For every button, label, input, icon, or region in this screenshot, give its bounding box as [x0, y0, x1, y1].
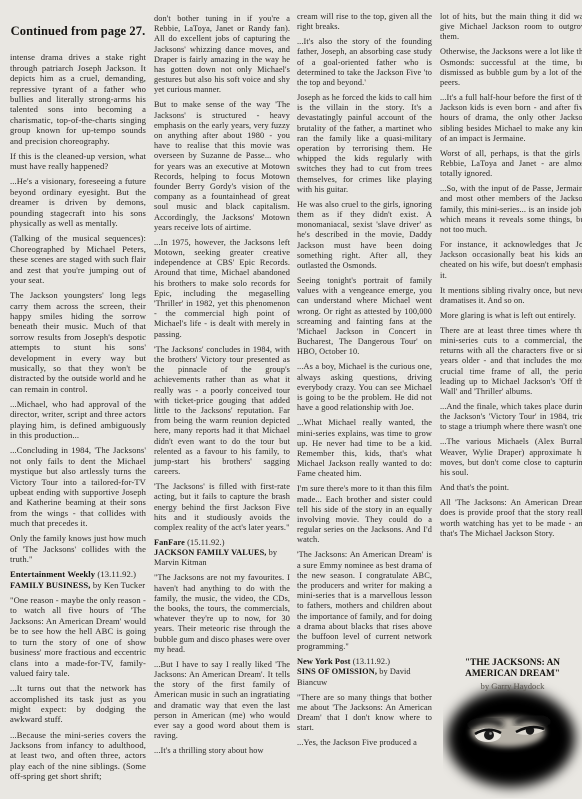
article-paragraph: Seeing tonight's portrait of family valu… [297, 276, 432, 358]
scanned-magazine-page: Continued from page 27. intense drama dr… [0, 0, 582, 799]
article-paragraph: lot of hits, but the main thing it did w… [440, 12, 582, 43]
publication-header: New York Post (13.11.92.) [297, 657, 432, 667]
publication-date: (13.11.92.) [353, 657, 390, 666]
publication-date: (15.11.92.) [187, 538, 224, 547]
article-paragraph: If this is the cleaned-up version, what … [10, 151, 146, 172]
article-paragraph: ...Yes, the Jackson Five produced a [297, 738, 432, 748]
article-paragraph: ...So, with the input of de Passe, Jerma… [440, 184, 582, 235]
article-paragraph: ...Concluding in 1984, 'The Jacksons' no… [10, 445, 146, 528]
article-paragraph: (Talking of the musical sequences): Chor… [10, 233, 146, 285]
headline-text: SINS OF OMISSION, [297, 667, 377, 676]
column-3: cream will rise to the top, given all th… [297, 12, 432, 753]
article-paragraph: I'm sure there's more to it than this fi… [297, 484, 432, 545]
article-headline: FAMILY BUSINESS, by Ken Tucker [10, 580, 146, 590]
article-paragraph: intense drama drives a stake right throu… [10, 52, 146, 146]
article-paragraph: ...As a boy, Michael is the curious one,… [297, 362, 432, 413]
article-headline: JACKSON FAMILY VALUES, by Marvin Kitman [154, 548, 290, 568]
publication-header: Entertainment Weekly (13.11.92.) [10, 569, 146, 579]
article-paragraph: cream will rise to the top, given all th… [297, 12, 432, 32]
michael-jackson-eyes-image [443, 676, 582, 798]
article-paragraph: All 'The Jacksons: An American Dream' do… [440, 498, 582, 539]
article-paragraph: For instance, it acknowledges that Joe J… [440, 240, 582, 281]
article-paragraph: ...The various Michaels (Alex Burrall, W… [440, 437, 582, 478]
article-paragraph: It mentions sibling rivalry once, but ne… [440, 286, 582, 306]
article-paragraph: ...It turns out that the network has acc… [10, 683, 146, 725]
continued-from-header: Continued from page 27. [10, 26, 146, 36]
photo-caption-line1: "THE JACKSONS: AN [443, 658, 582, 669]
article-paragraph: ...Because the mini-series covers the Ja… [10, 730, 146, 782]
publication-name: Entertainment Weekly [10, 569, 95, 579]
publication-header: FanFare (15.11.92.) [154, 538, 290, 548]
article-paragraph: 'The Jacksons: An American Dream' is a s… [297, 550, 432, 652]
article-paragraph: The Jackson youngsters' long legs carry … [10, 290, 146, 394]
headline-text: JACKSON FAMILY VALUES, [154, 548, 266, 557]
article-paragraph: ...He's a visionary, foreseeing a future… [10, 176, 146, 228]
article-paragraph: ...In 1975, however, the Jacksons left M… [154, 238, 290, 340]
column-1: Continued from page 27. intense drama dr… [10, 26, 146, 786]
publication-date: (13.11.92.) [97, 569, 136, 579]
article-paragraph: More glaring is what is left out entirel… [440, 311, 582, 321]
article-paragraph: "There are so many things that bother me… [297, 693, 432, 734]
publication-name: New York Post [297, 657, 351, 666]
article-paragraph: ...What Michael really wanted, the mini-… [297, 418, 432, 479]
column-4: lot of hits, but the main thing it did w… [440, 12, 582, 544]
headline-text: FAMILY BUSINESS, [10, 580, 91, 590]
left-iris [484, 730, 494, 740]
photo-byline: by Garry Haydock [443, 681, 582, 691]
article-paragraph: ...It's a thrilling story about how [154, 746, 290, 756]
article-paragraph: There are at least three times where thi… [440, 326, 582, 397]
publication-name: FanFare [154, 538, 185, 547]
article-paragraph: ...It's also the story of the founding f… [297, 37, 432, 88]
article-paragraph: "One reason - maybe the only reason - to… [10, 595, 146, 678]
photo-caption: "THE JACKSONS: AN AMERICAN DREAM" [443, 658, 582, 680]
article-paragraph: ...It's a full half-hour before the firs… [440, 93, 582, 144]
column-2: don't bother tuning in if you're a Rebbi… [154, 14, 290, 761]
article-paragraph: don't bother tuning in if you're a Rebbi… [154, 14, 290, 96]
article-paragraph: 'The Jacksons' concludes in 1984, with t… [154, 345, 290, 478]
article-headline: SINS OF OMISSION, by David Biancuw [297, 667, 432, 687]
headline-byline: by Ken Tucker [93, 580, 145, 590]
article-paragraph: Only the family knows just how much of '… [10, 533, 146, 564]
article-paragraph: He was also cruel to the girls, ignoring… [297, 200, 432, 271]
photo-michael-jackson-eyes: "THE JACKSONS: AN AMERICAN DREAM" by Gar… [443, 658, 582, 798]
article-paragraph: ...Michael, who had approval of the dire… [10, 399, 146, 441]
article-paragraph: ...But I have to say I really liked 'The… [154, 660, 290, 742]
article-paragraph: Joseph as he forced the kids to call him… [297, 93, 432, 195]
photo-caption-line2: AMERICAN DREAM" [443, 669, 582, 680]
article-paragraph: "The Jacksons are not my favourites. I h… [154, 573, 290, 655]
article-paragraph: But to make sense of the way 'The Jackso… [154, 100, 290, 233]
article-paragraph: 'The Jacksons' is filled with first-rate… [154, 482, 290, 533]
article-paragraph: ...And the finale, which takes place dur… [440, 402, 582, 433]
article-paragraph: Otherwise, the Jacksons were a lot like … [440, 47, 582, 88]
article-paragraph: And that's the point. [440, 483, 582, 493]
article-paragraph: Worst of all, perhaps, is that the girls… [440, 149, 582, 180]
left-eye-highlight [489, 732, 492, 735]
